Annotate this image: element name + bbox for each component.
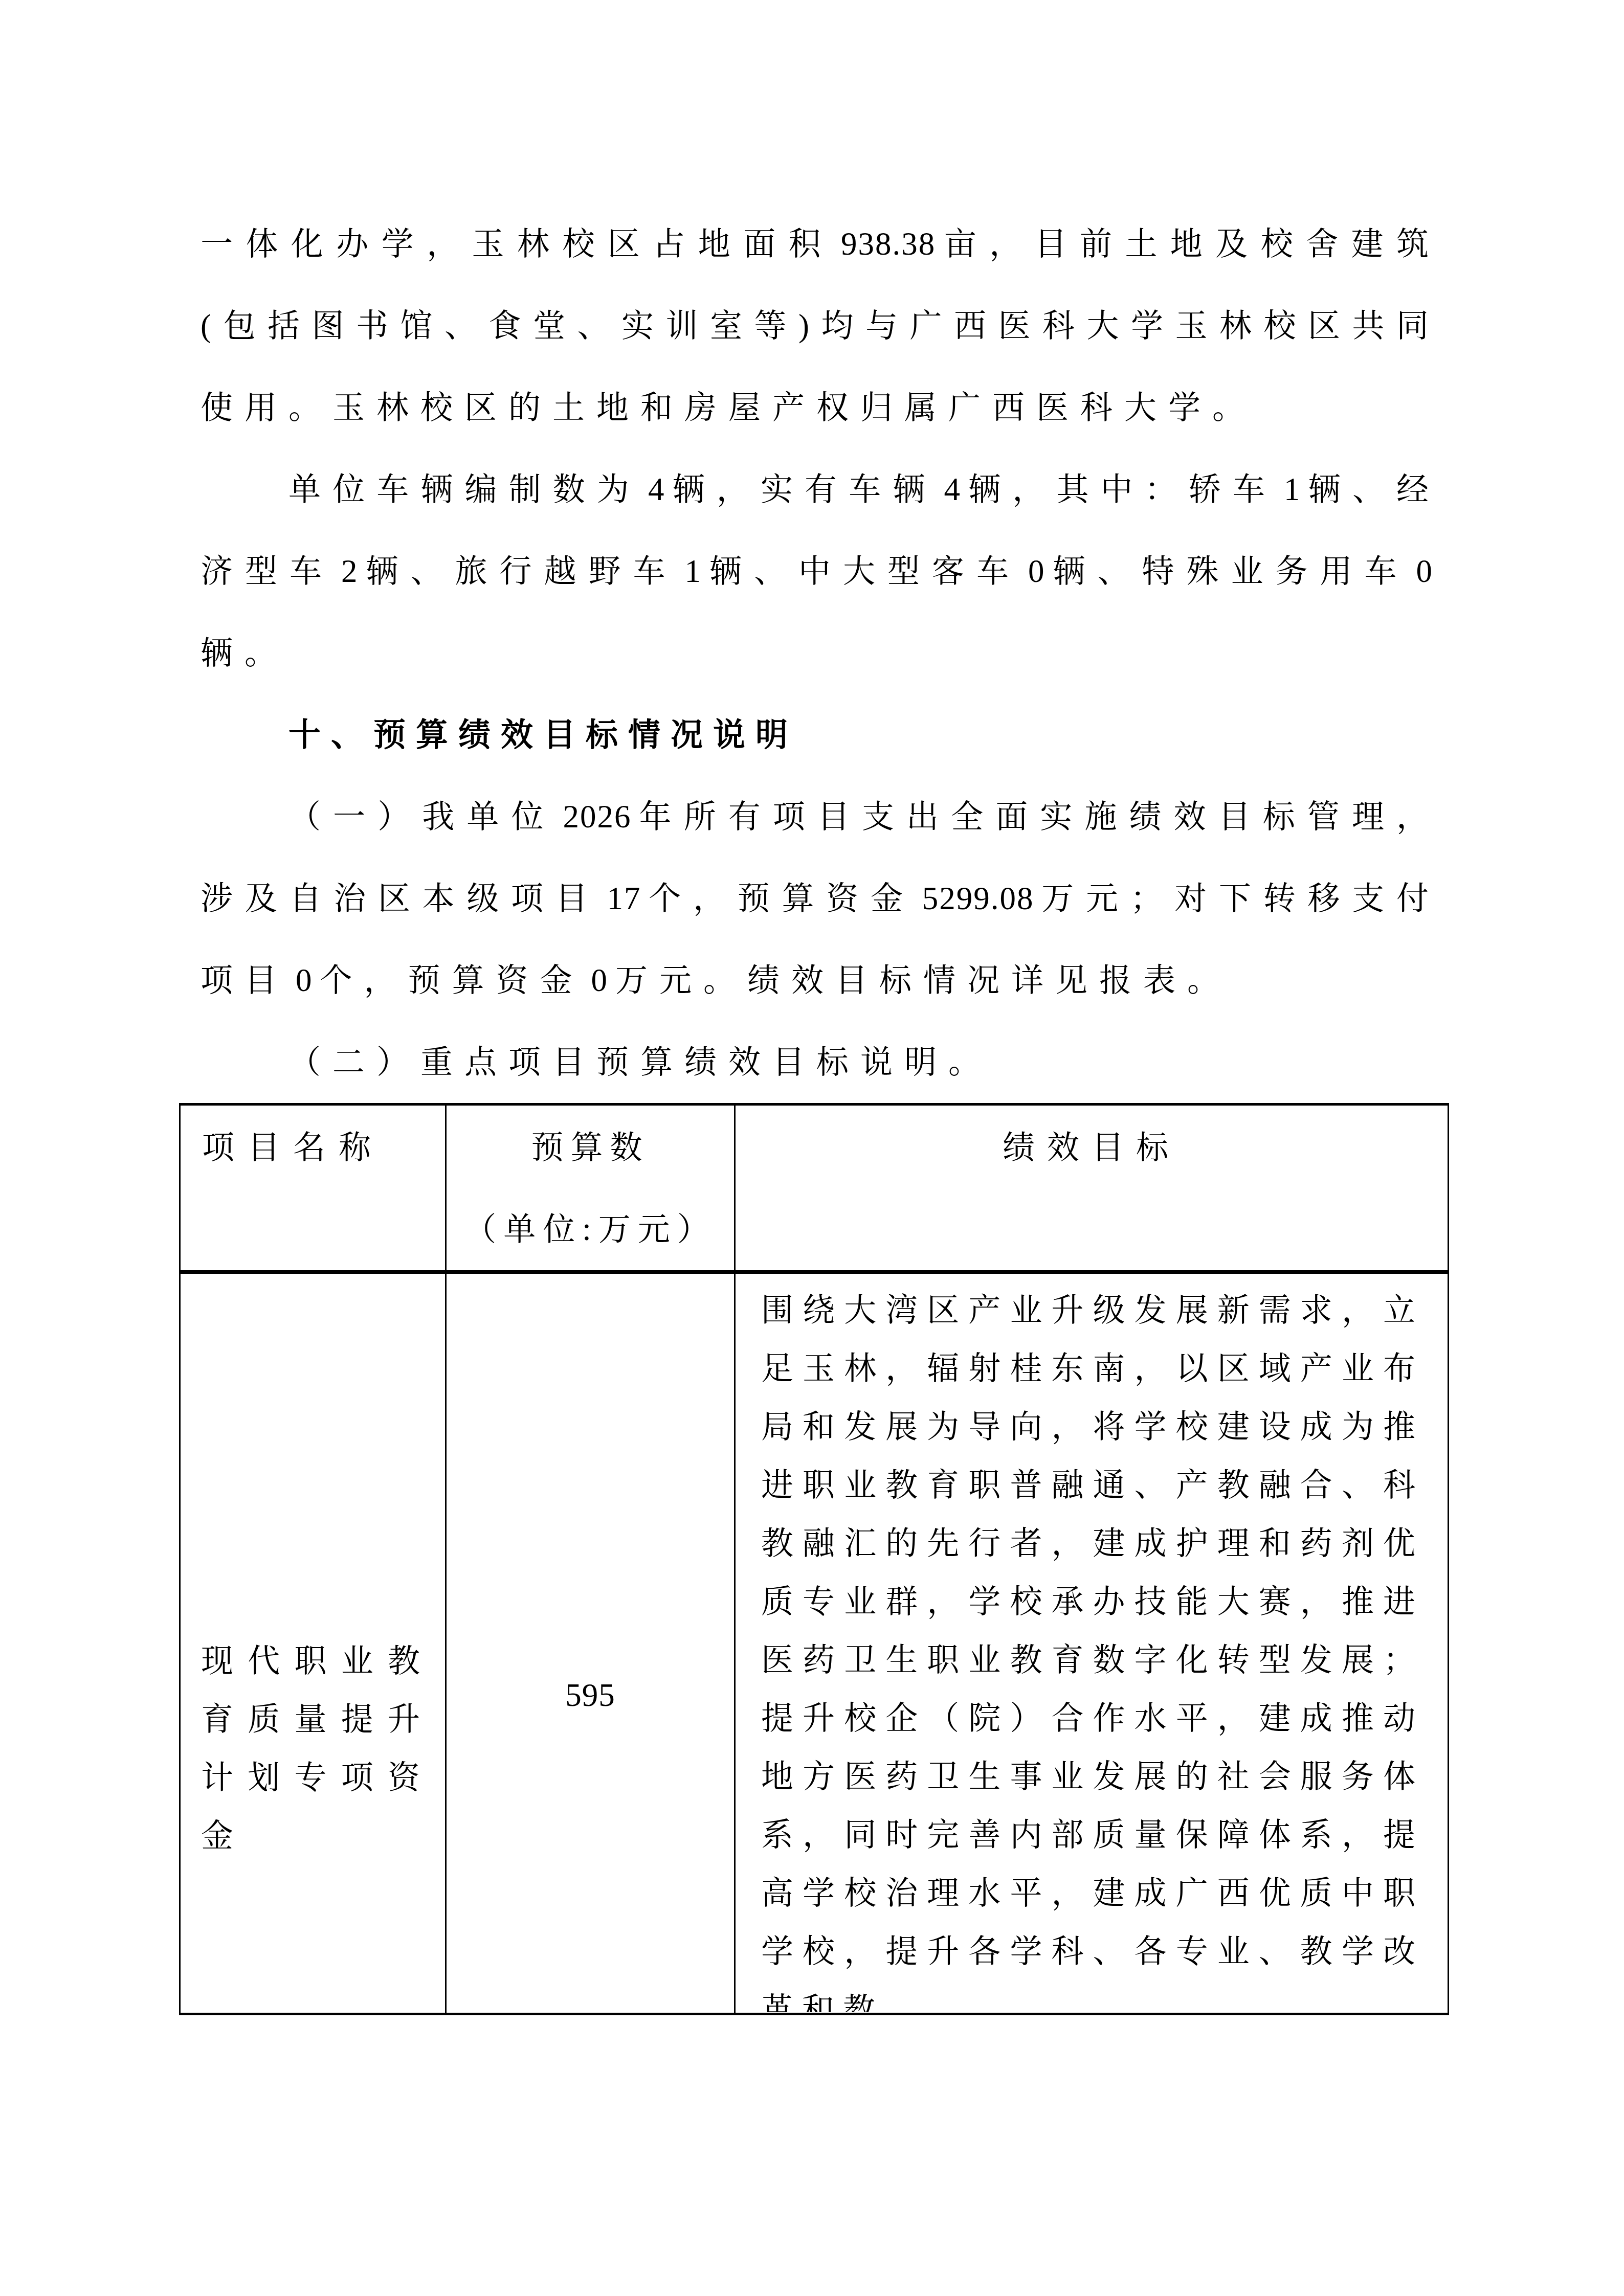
text-segment: 辆，实有车辆 bbox=[673, 471, 937, 507]
cell-performance-target: 围绕大湾区产业升级发展新需求，立足玉林，辐射桂东南，以区域产业布局和发展为导向，… bbox=[735, 1272, 1449, 2014]
number-segment: 1 bbox=[1284, 471, 1301, 507]
text-segment: 辆、旅行越野车 bbox=[366, 553, 678, 589]
number-segment: 0 bbox=[591, 962, 609, 998]
text-segment: 一体化办学，玉林校区占地面积 bbox=[201, 226, 834, 262]
text-segment: 单位车辆编制数为 bbox=[288, 471, 641, 507]
text-segment: 万元。绩效目标情况详见报表。 bbox=[615, 962, 1231, 998]
table-header-row: 项目名称 预算数（单位:万元） 绩效目标 bbox=[180, 1105, 1449, 1272]
performance-target-table: 项目名称 预算数（单位:万元） 绩效目标 现代职业教育质量提升计划专项资金 59… bbox=[179, 1103, 1449, 2015]
budget-header-unit: （单位:万元） bbox=[464, 1211, 717, 1247]
table-row: 现代职业教育质量提升计划专项资金 595 围绕大湾区产业升级发展新需求，立足玉林… bbox=[180, 1272, 1449, 2014]
budget-header-line1: 预算数 bbox=[531, 1130, 650, 1165]
number-segment: 4 bbox=[648, 471, 665, 507]
number-segment: 0 bbox=[1028, 553, 1045, 589]
number-segment: 1 bbox=[685, 553, 702, 589]
column-header-project-name: 项目名称 bbox=[180, 1105, 446, 1272]
number-segment: 938.38 bbox=[841, 226, 936, 262]
text-segment: 辆。 bbox=[201, 635, 288, 671]
document-page: 一体化办学，玉林校区占地面积938.38亩，目前土地及校舍建筑(包括图书馆、食堂… bbox=[0, 0, 1624, 2296]
paragraph-performance-overview: （一）我单位2026年所有项目支出全面实施绩效目标管理，涉及自治区本级项目17个… bbox=[201, 776, 1440, 1021]
number-segment: 4 bbox=[944, 471, 962, 507]
number-segment: 17 bbox=[607, 881, 641, 916]
number-segment: 0 bbox=[1416, 553, 1434, 589]
paragraph-campus-land: 一体化办学，玉林校区占地面积938.38亩，目前土地及校舍建筑(包括图书馆、食堂… bbox=[201, 203, 1440, 448]
text-segment: （一）我单位 bbox=[288, 799, 556, 835]
paragraph-key-projects: （二）重点项目预算绩效目标说明。 bbox=[201, 1021, 1440, 1103]
number-segment: 5299.08 bbox=[922, 881, 1034, 916]
number-segment: 2 bbox=[341, 553, 359, 589]
text-segment: 辆，其中：轿车 bbox=[968, 471, 1277, 507]
number-segment: 0 bbox=[296, 962, 313, 998]
text-segment: 个，预算资金 bbox=[649, 881, 915, 916]
text-segment: 辆、特殊业务用车 bbox=[1053, 553, 1409, 589]
column-header-performance-target: 绩效目标 bbox=[735, 1105, 1449, 1272]
document-content: 一体化办学，玉林校区占地面积938.38亩，目前土地及校舍建筑(包括图书馆、食堂… bbox=[201, 203, 1440, 2015]
number-segment: 2026 bbox=[563, 799, 632, 835]
cell-budget-value: 595 bbox=[446, 1272, 735, 2014]
paragraph-vehicles: 单位车辆编制数为4辆，实有车辆4辆，其中：轿车1辆、经济型车2辆、旅行越野车1辆… bbox=[201, 448, 1440, 694]
performance-target-text: 围绕大湾区产业升级发展新需求，立足玉林，辐射桂东南，以区域产业布局和发展为导向，… bbox=[761, 1281, 1424, 2012]
text-segment: 个，预算资金 bbox=[320, 962, 584, 998]
cell-project-name: 现代职业教育质量提升计划专项资金 bbox=[180, 1272, 446, 2014]
text-segment: 辆、中大型客车 bbox=[709, 553, 1021, 589]
column-header-budget: 预算数（单位:万元） bbox=[446, 1105, 735, 1272]
section-heading-performance: 十、预算绩效目标情况说明 bbox=[201, 694, 1440, 776]
